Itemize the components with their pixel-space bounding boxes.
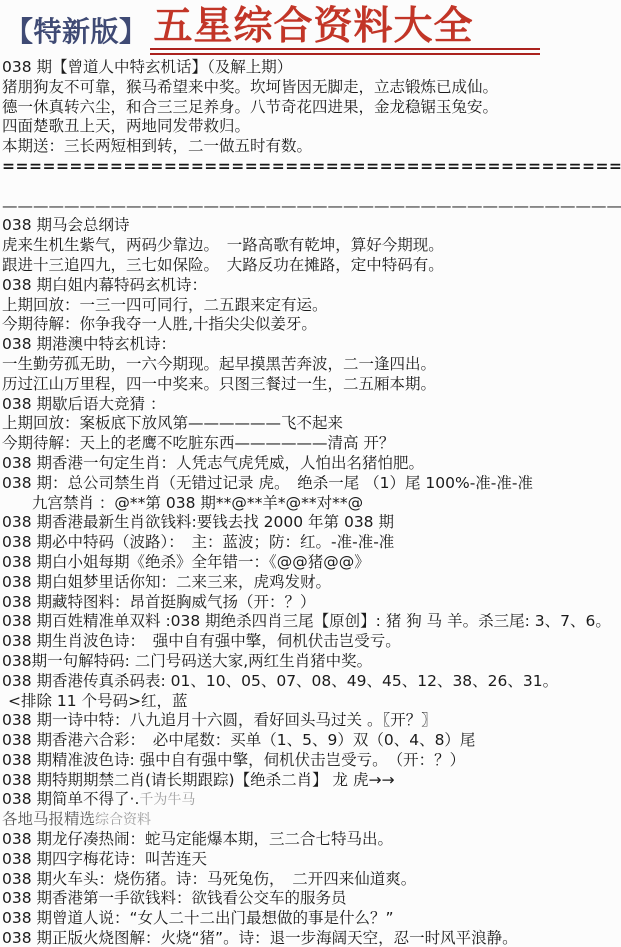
line-text-faded: 综合资料 [95,812,151,828]
line-text: 038 期一诗中特：八九追月十六圆，看好回头马过关 。〖开？〗 [2,711,437,729]
text-line: 上期回放：一三一四可同行，二五跟来定有运。 [2,296,621,316]
line-text: 德一休真转六尘，和合三三足养身。八节奇花四进果，金龙稳锯玉兔安。 [2,98,498,116]
text-line: 历过江山万里程，四一中奖来。只图三餐过一生，二五厢本期。 [2,375,621,395]
line-text: 038 期香港六合彩： 必中尾数：买单（1、5、9）双（0、4、8）尾 [2,731,475,749]
line-text: 虎来生机生紫气，两码少靠边。 一路高歌有乾坤，算好今期现。 [2,236,444,254]
text-line: 038 期生肖波色诗： 强中自有强中擎，伺机伏击岂受亏。 [2,632,621,652]
line-text: 038 期藏特图料：昂首挺胸威气扬（开：？） [2,593,316,611]
line-text: 038 期白姐梦里话你知：二来三来，虎鸡发财。 [2,573,331,591]
line-text-faded: 千为牛马 [139,792,195,808]
text-line: 038 期龙仔凑热闹：蛇马定能爆本期，三二合七特马出。 [2,830,621,850]
line-text: 上期回放：案板底下放风第——————飞不起来 [2,414,343,432]
text-line: 038 期：总公司禁生肖（无错过记录 虎。 绝杀一尾 （1）尾 100%-准-准… [2,474,621,494]
text-line: 九宫禁肖 ：@**第 038 期**@**羊*@**对**@ [2,494,621,514]
line-text: 038 期火车头：烧伤猪。诗：马死兔伤， 二开四来仙道爽。 [2,870,416,888]
text-line: 本期送：三长两短相到转，二一做五时有数。 [2,137,621,157]
line-text: 猪朋狗友不可靠，猴马希望来中奖。坎坷皆因无脚走，立志锻炼已成仙。 [2,78,498,96]
text-line: 038 期白小姐每期《绝杀》全年错一：《@@猪@@》 [2,553,621,573]
page-header: 【特新版】 五星综合资料大全 [0,0,621,55]
text-line: 038 期白姐梦里话你知：二来三来，虎鸡发财。 [2,573,621,593]
text-line: 四面楚歌丑上天，两地同发带救归。 [2,117,621,137]
text-line: 038 期藏特图料：昂首挺胸威气扬（开：？） [2,593,621,613]
text-line: 038 期马会总纲诗 [2,216,621,236]
line-text: 历过江山万里程，四一中奖来。只图三餐过一生，二五厢本期。 [2,375,436,393]
line-text: 038 期港澳中特玄机诗： [2,335,176,353]
line-text: 038 期简单不得了·. [2,790,139,808]
text-line: 038 期四字梅花诗：叫苦连天 [2,850,621,870]
text-line: 038 期港澳中特玄机诗： [2,335,621,355]
text-line: 038 期必中特码（波路）： 主：蓝波；防：红。-准-准-准 [2,533,621,553]
blank-line [2,177,621,197]
line-text: 今期待解：你争我夺一人胜,十指尖尖似姜牙。 [2,315,317,333]
text-line: 038 期百姓精准单双料 :038 期绝杀四肖三尾【原创】: 猪 狗 马 羊。杀… [2,612,621,632]
line-text: ========================================… [2,157,621,175]
line-text: <排除 11 个号码>红，蓝 [8,692,188,710]
text-line: 038 期一诗中特：八九追月十六圆，看好回头马过关 。〖开？〗 [2,711,621,731]
text-line: 038 期正版火烧图解：火烧“猪”。诗：退一步海阔天空，忍一时风平浪静。 [2,929,621,947]
line-text: 九宫禁肖 ：@**第 038 期**@**羊*@**对**@ [32,494,363,512]
line-text: 038 期正版火烧图解：火烧“猪”。诗：退一步海阔天空，忍一时风平浪静。 [2,929,518,947]
text-line: 038 期精准波色诗: 强中自有强中擎，伺机伏击岂受亏。 （开：？） [2,751,621,771]
text-line: 各地马报精选综合资料 [2,810,621,830]
line-text: 038期一句解特码: 二门号码送大家,两红生肖猪中奖。 [2,652,372,670]
line-text: 038 期：总公司禁生肖（无错过记录 虎。 绝杀一尾 （1）尾 100%-准-准… [2,474,533,492]
line-text: 038 期香港传真杀码表: 01、10、05、07、08、49、45、12、38… [2,672,558,690]
text-line: 跟进十三追四九，三七如保险。 大路反功在摊路，定中特码有。 [2,256,621,276]
line-text: 038 期【曾道人中特玄机话】（及解上期） [2,58,292,76]
text-line: 一生勤劳孤无助，一六今期现。起早摸黑苦奔波，二一逢四出。 [2,355,621,375]
line-text: 038 期特期期禁二肖(请长期跟踪)【绝杀二肖】 龙 虎→→ [2,771,394,789]
separator-line: ———————————————————————————————————————— [2,197,621,217]
text-line: 038 期香港六合彩： 必中尾数：买单（1、5、9）双（0、4、8）尾 [2,731,621,751]
separator-line: ========================================… [2,157,621,177]
line-text: 038 期精准波色诗: 强中自有强中擎，伺机伏击岂受亏。 （开：？） [2,751,465,769]
line-text: 038 期四字梅花诗：叫苦连天 [2,850,207,868]
text-line: 虎来生机生紫气，两码少靠边。 一路高歌有乾坤，算好今期现。 [2,236,621,256]
line-text: 本期送：三长两短相到转，二一做五时有数。 [2,137,312,155]
text-line: 德一休真转六尘，和合三三足养身。八节奇花四进果，金龙稳锯玉兔安。 [2,98,621,118]
text-line: 今期待解：你争我夺一人胜,十指尖尖似姜牙。 [2,315,621,335]
line-text: 各地马报精选 [2,810,95,828]
text-line: 038 期香港传真杀码表: 01、10、05、07、08、49、45、12、38… [2,672,621,692]
line-text: 038 期香港第一手欲钱料：欲钱看公交车的服务员 [2,889,347,907]
line-text: 今期待解：天上的老鹰不吃脏东西——————清高 开？ [2,434,394,452]
line-text: 038 期白姐内幕特码玄机诗： [2,276,207,294]
line-text: 038 期白小姐每期《绝杀》全年错一：《@@猪@@》 [2,553,370,571]
page-title: 五星综合资料大全 [150,7,540,55]
text-line: 038 期特期期禁二肖(请长期跟踪)【绝杀二肖】 龙 虎→→ [2,771,621,791]
line-text: 038 期龙仔凑热闹：蛇马定能爆本期，三二合七特马出。 [2,830,393,848]
line-text: 一生勤劳孤无助，一六今期现。起早摸黑苦奔波，二一逢四出。 [2,355,436,373]
text-line: 038 期曾道人说：“女人二十二出门最想做的事是什么？” [2,909,621,929]
text-line: 038期一句解特码: 二门号码送大家,两红生肖猪中奖。 [2,652,621,672]
line-text: 038 期生肖波色诗： 强中自有强中擎，伺机伏击岂受亏。 [2,632,401,650]
line-text: 038 期曾道人说：“女人二十二出门最想做的事是什么？” [2,909,394,927]
line-text: 038 期马会总纲诗 [2,216,130,234]
text-line: 038 期【曾道人中特玄机话】（及解上期） [2,58,621,78]
content-lines: 038 期【曾道人中特玄机话】（及解上期）猪朋狗友不可靠，猴马希望来中奖。坎坷皆… [0,55,621,947]
line-text: 038 期必中特码（波路）： 主：蓝波；防：红。-准-准-准 [2,533,394,551]
text-line: 038 期香港第一手欲钱料：欲钱看公交车的服务员 [2,889,621,909]
text-line: 038 期白姐内幕特码玄机诗： [2,276,621,296]
text-line: 今期待解：天上的老鹰不吃脏东西——————清高 开？ [2,434,621,454]
lottery-info-sheet: 【特新版】 五星综合资料大全 038 期【曾道人中特玄机话】（及解上期）猪朋狗友… [0,0,621,947]
text-line: 038 期火车头：烧伤猪。诗：马死兔伤， 二开四来仙道爽。 [2,870,621,890]
line-text: ———————————————————————————————————————— [2,197,621,215]
line-text: 038 期香港一句定生肖：人凭志气虎凭威，人怕出名猪怕肥。 [2,454,424,472]
line-text: 跟进十三追四九，三七如保险。 大路反功在摊路，定中特码有。 [2,256,444,274]
line-text: 038 期百姓精准单双料 :038 期绝杀四肖三尾【原创】: 猪 狗 马 羊。杀… [2,612,611,630]
text-line: 038 期香港最新生肖欲钱料:要钱去找 2000 年第 038 期 [2,513,621,533]
text-line: <排除 11 个号码>红，蓝 [2,692,621,712]
line-text: 038 期歇后语大竞猜 ： [2,395,165,413]
text-line: 上期回放：案板底下放风第——————飞不起来 [2,414,621,434]
text-line: 038 期香港一句定生肖：人凭志气虎凭威，人怕出名猪怕肥。 [2,454,621,474]
line-text: 038 期香港最新生肖欲钱料:要钱去找 2000 年第 038 期 [2,513,394,531]
line-text: 四面楚歌丑上天，两地同发带救归。 [2,117,250,135]
edition-tag: 【特新版】 [5,18,148,55]
text-line: 猪朋狗友不可靠，猴马希望来中奖。坎坷皆因无脚走，立志锻炼已成仙。 [2,78,621,98]
text-line: 038 期简单不得了·.千为牛马 [2,790,621,810]
line-text: 上期回放：一三一四可同行，二五跟来定有运。 [2,296,328,314]
text-line: 038 期歇后语大竞猜 ： [2,395,621,415]
